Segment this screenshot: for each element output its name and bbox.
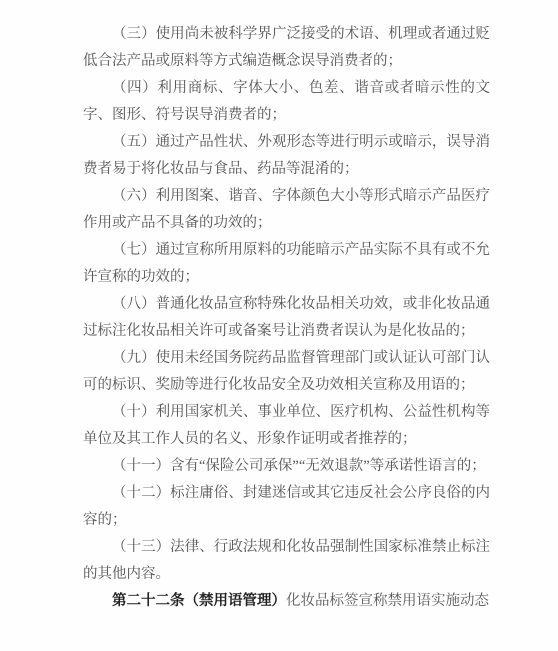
document-page: （三）使用尚未被科学界广泛接受的术语、机理或者通过贬低合法产品或原料等方式编造概… [0,0,558,651]
clause-5: （五）通过产品性状、外观形态等进行明示或暗示，误导消费者易于将化妆品与食品、药品… [83,129,490,183]
clause-6: （六）利用图案、谐音、字体颜色大小等形式暗示产品医疗作用或产品不具备的功效的； [83,183,490,237]
clause-13: （十三）法律、行政法规和化妆品强制性国家标准禁止标注的其他内容。 [83,534,490,588]
clause-9: （九）使用未经国务院药品监督管理部门或认证认可部门认可的标识、奖励等进行化妆品安… [83,345,490,399]
article-22-lead-text: 化妆品标签宣称禁用语实施动态 [286,593,489,609]
article-22-paragraph: 第二十二条（禁用语管理）化妆品标签宣称禁用语实施动态 [83,588,490,615]
document-body: （三）使用尚未被科学界广泛接受的术语、机理或者通过贬低合法产品或原料等方式编造概… [83,21,490,615]
clause-12: （十二）标注庸俗、封建迷信或其它违反社会公序良俗的内容的； [83,480,490,534]
clause-11: （十一）含有“保险公司承保”“无效退款”等承诺性语言的； [83,453,490,480]
clause-3: （三）使用尚未被科学界广泛接受的术语、机理或者通过贬低合法产品或原料等方式编造概… [83,21,490,75]
clause-7: （七）通过宣称所用原料的功能暗示产品实际不具有或不允许宣称的功效的； [83,237,490,291]
article-22-heading: 第二十二条（禁用语管理） [112,593,286,609]
clause-10: （十）利用国家机关、事业单位、医疗机构、公益性机构等单位及其工作人员的名义、形象… [83,399,490,453]
clause-8: （八）普通化妆品宣称特殊化妆品相关功效，或非化妆品通过标注化妆品相关许可或备案号… [83,291,490,345]
clause-4: （四）利用商标、字体大小、色差、谐音或者暗示性的文字、图形、符号误导消费者的； [83,75,490,129]
